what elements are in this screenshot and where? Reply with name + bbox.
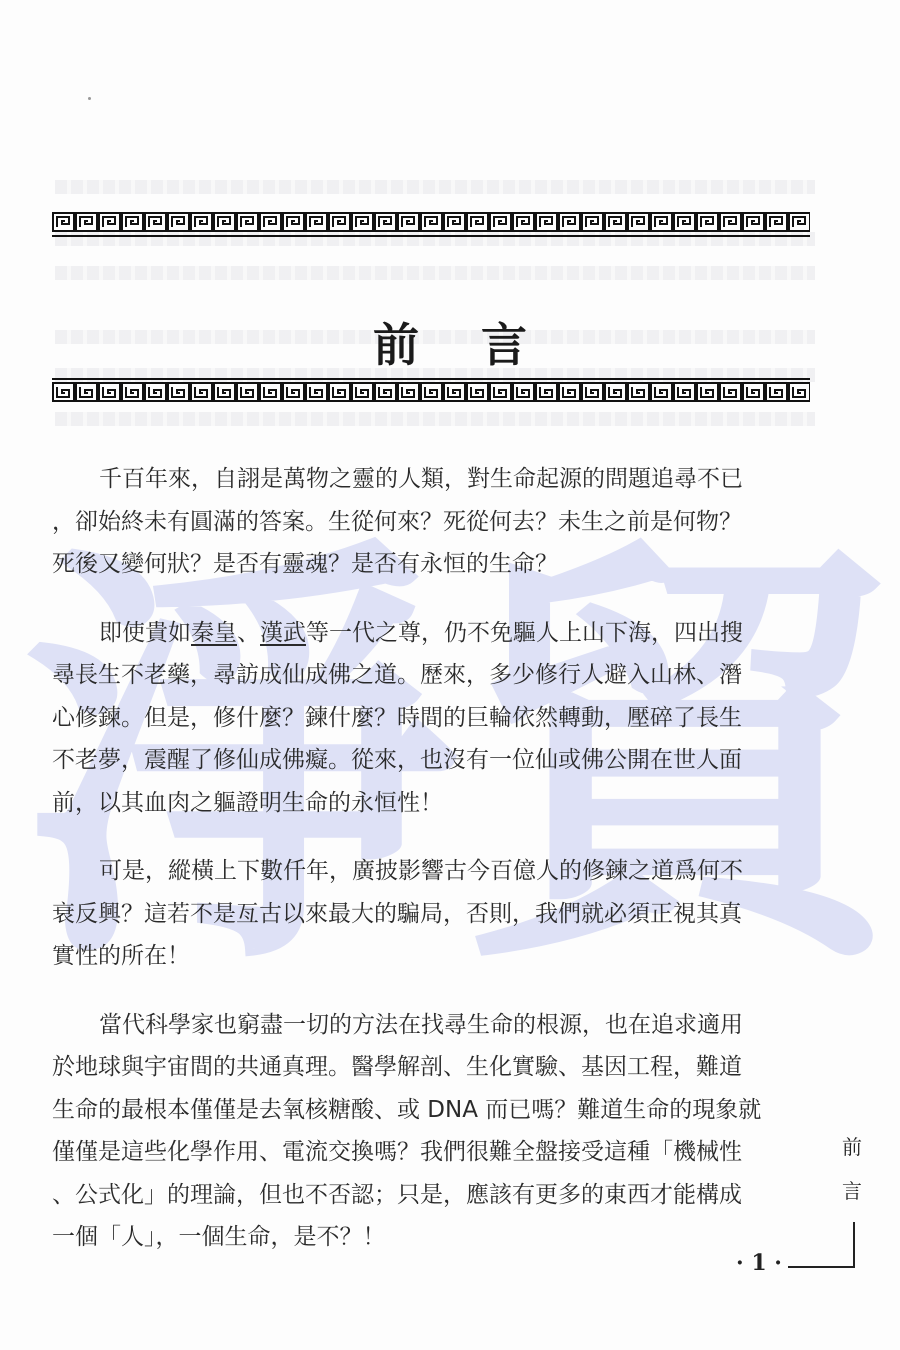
bleed-through — [55, 412, 815, 426]
paragraph-2: 即使貴如秦皇、漢武等一代之尊，仍不免驅人上山下海，四出搜 尋長生不老藥，尋訪成仙… — [52, 612, 792, 825]
text-span: 等一代之尊，仍不免驅人上山下海，四出搜 — [306, 620, 743, 646]
side-tab-char: 言 — [838, 1169, 866, 1213]
text-line: ，卻始終未有圓滿的答案。生從何來？死從何去？未生之前是何物？ — [52, 501, 792, 544]
paragraph-1: 千百年來，自詡是萬物之靈的人類，對生命起源的問題追尋不已 ，卻始終未有圓滿的答案… — [52, 458, 792, 586]
text-line: 當代科學家也窮盡一切的方法在找尋生命的根源，也在追求適用 — [52, 1004, 792, 1047]
underlined-name: 秦皇 — [191, 620, 237, 646]
text-line: 即使貴如秦皇、漢武等一代之尊，仍不免驅人上山下海，四出搜 — [52, 612, 792, 655]
text-span: 即使貴如 — [99, 620, 191, 646]
corner-rule-vertical — [853, 1222, 855, 1268]
text-line: 生命的最根本僅僅是去氧核糖酸、或 DNA 而已嗎？難道生命的現象就 — [52, 1089, 792, 1132]
bleed-through — [55, 180, 815, 194]
page-number: · 1 · — [736, 1250, 782, 1276]
body-text: 千百年來，自詡是萬物之靈的人類，對生命起源的問題追尋不已 ，卻始終未有圓滿的答案… — [52, 458, 792, 1285]
text-line: 、公式化」的理論，但也不否認；只是，應該有更多的東西才能構成 — [52, 1174, 792, 1217]
meander-pattern — [52, 382, 810, 402]
decorative-border-top — [52, 212, 810, 238]
corner-rule-horizontal — [788, 1266, 855, 1268]
bleed-through — [55, 266, 815, 280]
border-rule — [52, 378, 810, 380]
text-line: 僅僅是這些化學作用、電流交換嗎？我們很難全盤接受這種「機械性 — [52, 1131, 792, 1174]
text-line: 千百年來，自詡是萬物之靈的人類，對生命起源的問題追尋不已 — [52, 458, 792, 501]
text-line: 可是，縱橫上下數仟年，廣披影響古今百億人的修鍊之道爲何不 — [52, 850, 792, 893]
underlined-name: 漢武 — [260, 620, 306, 646]
text-line: 於地球與宇宙間的共通真理。醫學解剖、生化實驗、基因工程，難道 — [52, 1046, 792, 1089]
page-title: 前言 — [0, 309, 900, 375]
decorative-border-bottom — [52, 378, 810, 404]
chapter-side-tab: 前 言 — [838, 1125, 866, 1213]
paragraph-3: 可是，縱橫上下數仟年，廣披影響古今百億人的修鍊之道爲何不 衰反興？這若不是亙古以… — [52, 850, 792, 978]
text-line: 衰反興？這若不是亙古以來最大的騙局，否則，我們就必須正視其真 — [52, 893, 792, 936]
text-line: 前，以其血肉之軀證明生命的永恒性！ — [52, 782, 792, 825]
text-line: 死後又變何狀？是否有靈魂？是否有永恒的生命？ — [52, 543, 792, 586]
scan-speck — [88, 97, 91, 100]
text-line: 一個「人」，一個生命，是不？！ — [52, 1216, 792, 1259]
text-span: 、 — [237, 620, 260, 646]
meander-pattern — [52, 212, 810, 232]
text-line: 實性的所在！ — [52, 935, 792, 978]
text-line: 尋長生不老藥，尋訪成仙成佛之道。歷來，多少修行人避入山林、潛 — [52, 654, 792, 697]
side-tab-char: 前 — [838, 1125, 866, 1169]
border-rule — [52, 235, 810, 237]
text-line: 不老夢，震醒了修仙成佛癡。從來，也沒有一位仙或佛公開在世人面 — [52, 739, 792, 782]
text-line: 心修鍊。但是，修什麼？鍊什麼？時間的巨輪依然轉動，壓碎了長生 — [52, 697, 792, 740]
paragraph-4: 當代科學家也窮盡一切的方法在找尋生命的根源，也在追求適用 於地球與宇宙間的共通真… — [52, 1004, 792, 1259]
